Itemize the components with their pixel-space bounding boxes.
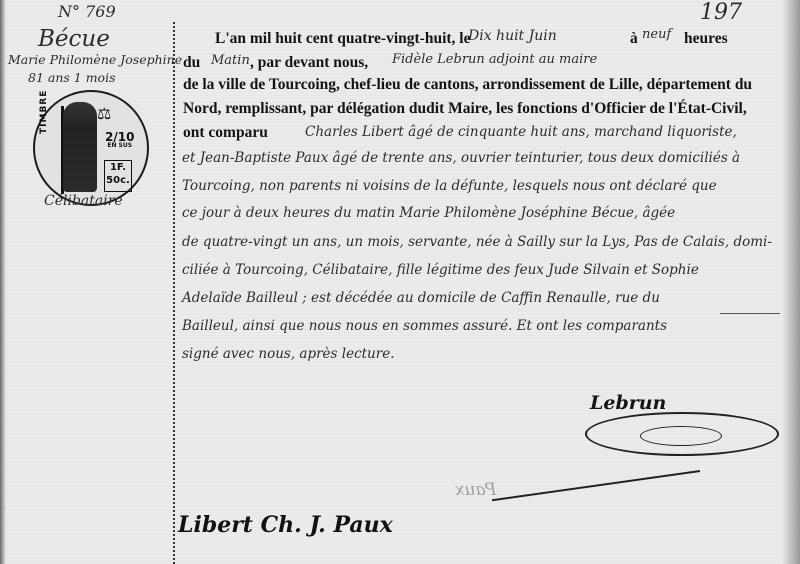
printed-heures: heures <box>684 30 728 48</box>
register-page: N° 769 Bécue Marie Philomène Josephine 8… <box>0 0 800 564</box>
line-filler-rule <box>720 313 780 314</box>
handwritten-date: Dix huit Juin <box>468 28 557 44</box>
body-line-5: de quatre-vingt un ans, un mois, servant… <box>182 234 772 250</box>
margin-marital-status: Célibataire <box>44 193 123 209</box>
printed-line-4: Nord, remplissant, par délégation dudit … <box>183 100 747 118</box>
margin-divider <box>173 22 175 564</box>
body-line-8: Bailleul, ainsi que nous nous en sommes … <box>182 318 667 334</box>
printed-du: du <box>183 54 200 72</box>
handwritten-hour: neuf <box>642 27 671 42</box>
entry-number: N° 769 <box>58 2 116 21</box>
printed-devant-nous: , par devant nous, <box>250 54 368 72</box>
signature-flourish-inner <box>640 426 722 446</box>
stamp-surcharge: 2/10 EN SUS <box>105 132 134 150</box>
printed-line-5: ont comparu <box>183 124 268 142</box>
body-line-1: Charles Libert âgé de cinquante huit ans… <box>305 124 737 140</box>
printed-a: à <box>630 30 638 48</box>
body-line-4: ce jour à deux heures du matin Marie Phi… <box>182 205 675 221</box>
margin-given-names: Marie Philomène Josephine <box>8 52 182 67</box>
stamp-rim-text: TIMBRE <box>39 90 49 134</box>
witness-signatures: Libert Ch. J. Paux <box>178 512 393 538</box>
body-line-2: et Jean-Baptiste Paux âgé de trente ans,… <box>182 150 740 166</box>
printed-line-1: L'an mil huit cent quatre-vingt-huit, le <box>215 30 470 48</box>
body-line-3: Tourcoing, non parents ni voisins de la … <box>182 178 717 194</box>
margin-age: 81 ans 1 mois <box>28 70 116 85</box>
officer-signature: Lebrun <box>590 392 666 414</box>
tax-stamp: TIMBRE ⚖ 2/10 EN SUS 1F. 50c. <box>33 90 149 206</box>
body-line-6: ciliée à Tourcoing, Célibataire, fille l… <box>182 262 699 278</box>
handwritten-officer: Fidèle Lebrun adjoint au maire <box>392 52 597 67</box>
justice-figure-icon <box>63 102 97 192</box>
signature-tail-stroke <box>492 470 700 501</box>
bleed-through-signature: Paux <box>455 480 496 500</box>
handwritten-period: Matin <box>211 53 250 68</box>
margin-surname: Bécue <box>38 26 110 52</box>
page-number: 197 <box>700 0 742 25</box>
printed-line-3: de la ville de Tourcoing, chef-lieu de c… <box>183 76 752 94</box>
stamp-value: 1F. 50c. <box>104 160 132 192</box>
scales-icon: ⚖ <box>97 104 111 123</box>
body-line-9: signé avec nous, après lecture. <box>182 346 394 362</box>
body-line-7: Adelaïde Bailleul ; est décédée au domic… <box>182 290 660 306</box>
